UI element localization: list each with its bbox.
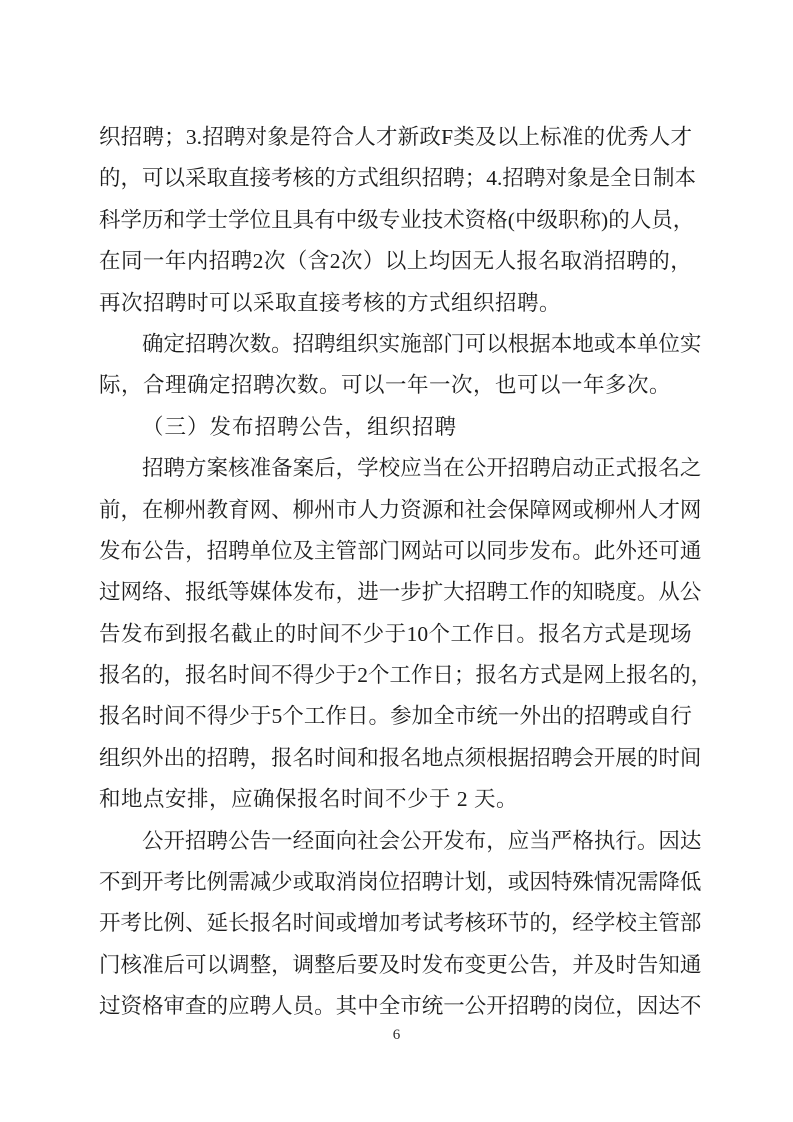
text-line: 确定招聘次数。招聘组织实施部门可以根据本地或本单位实 (99, 324, 692, 365)
text-line: 前，在柳州教育网、柳州市人力资源和社会保障网或柳州人才网 (99, 490, 692, 531)
text-line: 科学历和学士学位且具有中级专业技术资格(中级职称)的人员， (99, 200, 692, 241)
page-number: 6 (0, 1026, 793, 1044)
text-line: 报名的，报名时间不得少于2个工作日；报名方式是网上报名的， (99, 655, 692, 696)
text-line: 报名时间不得少于5个工作日。参加全市统一外出的招聘或自行 (99, 696, 692, 737)
text-line: 再次招聘时可以采取直接考核的方式组织招聘。 (99, 283, 692, 324)
text-line: 和地点安排，应确保报名时间不少于 2 天。 (99, 779, 692, 820)
text-line: 发布公告，招聘单位及主管部门网站可以同步发布。此外还可通 (99, 531, 692, 572)
document-page: 织招聘；3.招聘对象是符合人才新政F类及以上标准的优秀人才的，可以采取直接考核的… (0, 0, 793, 1122)
text-line: 不到开考比例需减少或取消岗位招聘计划，或因特殊情况需降低 (99, 862, 692, 903)
text-line: 公开招聘公告一经面向社会公开发布，应当严格执行。因达 (99, 821, 692, 862)
text-line: 门核准后可以调整，调整后要及时发布变更公告，并及时告知通 (99, 945, 692, 986)
text-line: 际，合理确定招聘次数。可以一年一次，也可以一年多次。 (99, 365, 692, 406)
text-line: 告发布到报名截止的时间不少于10个工作日。报名方式是现场 (99, 614, 692, 655)
text-block: 织招聘；3.招聘对象是符合人才新政F类及以上标准的优秀人才的，可以采取直接考核的… (99, 117, 692, 1028)
section-heading: （三）发布招聘公告，组织招聘 (99, 407, 692, 448)
text-line: 招聘方案核准备案后，学校应当在公开招聘启动正式报名之 (99, 448, 692, 489)
text-line: 组织外出的招聘，报名时间和报名地点须根据招聘会开展的时间 (99, 738, 692, 779)
text-line: 的，可以采取直接考核的方式组织招聘；4.招聘对象是全日制本 (99, 158, 692, 199)
text-line: 过网络、报纸等媒体发布，进一步扩大招聘工作的知晓度。从公 (99, 572, 692, 613)
text-line: 开考比例、延长报名时间或增加考试考核环节的，经学校主管部 (99, 903, 692, 944)
text-line: 在同一年内招聘2次（含2次）以上均因无人报名取消招聘的， (99, 241, 692, 282)
text-line: 过资格审查的应聘人员。其中全市统一公开招聘的岗位，因达不 (99, 986, 692, 1027)
text-line: 织招聘；3.招聘对象是符合人才新政F类及以上标准的优秀人才 (99, 117, 692, 158)
